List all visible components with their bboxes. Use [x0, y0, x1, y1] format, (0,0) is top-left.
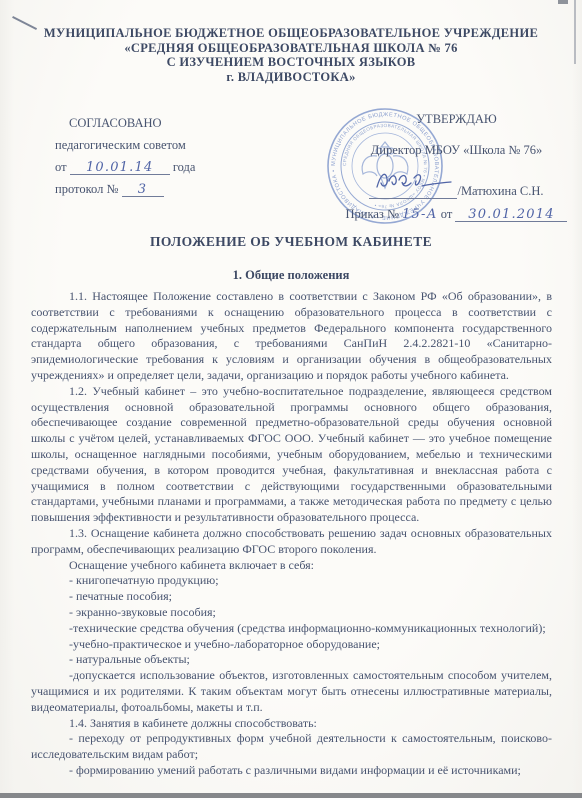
- paragraph-1-1: 1.1. Настоящее Положение составлено в со…: [31, 289, 552, 384]
- organization-name-line2: «СРЕДНЯЯ ОБЩЕОБРАЗОВАТЕЛЬНАЯ ШКОЛА № 76: [31, 41, 551, 56]
- director-signature: [371, 168, 455, 194]
- protocol-number-handwritten: 3: [138, 182, 147, 197]
- organization-header: МУНИЦИПАЛЬНОЕ БЮДЖЕТНОЕ ОБЩЕОБРАЗОВАТЕЛЬ…: [31, 26, 551, 84]
- equipment-intro-line: Оснащение учебного кабинета включает в с…: [31, 558, 552, 574]
- protocol-line: протокол № 3: [55, 182, 275, 197]
- director-line: Директор МБОУ «Школа № 76»: [339, 143, 574, 158]
- order-from-label: от: [441, 207, 453, 221]
- order-line: Приказ № 15-А от 30.01.2014: [339, 207, 574, 222]
- from-label: от: [55, 160, 67, 174]
- approved-title: УТВЕРЖДАЮ: [339, 112, 574, 127]
- agreed-date-line: от 10.01.14 года: [55, 160, 275, 175]
- stamp-ring-text: МУНИЦИПАЛЬНОЕ БЮДЖЕТНОЕ ОБЩЕОБРАЗОВАТЕЛЬ…: [331, 112, 439, 220]
- protocol-label: протокол №: [55, 182, 118, 196]
- agreed-title: СОГЛАСОВАНО: [55, 116, 275, 131]
- paragraph-1-4: 1.4. Занятия в кабинете должны способств…: [31, 716, 552, 732]
- approved-block: МУНИЦИПАЛЬНОЕ БЮДЖЕТНОЕ ОБЩЕОБРАЗОВАТЕЛЬ…: [339, 112, 574, 228]
- document-title: ПОЛОЖЕНИЕ ОБ УЧЕБНОМ КАБИНЕТЕ: [31, 234, 551, 250]
- equipment-item-books: - книгопечатную продукцию;: [31, 573, 552, 589]
- equipment-item-technical: -технические средства обучения (средства…: [31, 621, 552, 637]
- order-number-handwritten: 15-А: [402, 207, 438, 222]
- section-1-heading: 1. Общие положения: [31, 268, 551, 283]
- order-date-handwritten: 30.01.2014: [468, 207, 554, 222]
- organization-name-line1: МУНИЦИПАЛЬНОЕ БЮДЖЕТНОЕ ОБЩЕОБРАЗОВАТЕЛЬ…: [31, 26, 551, 41]
- paragraph-1-2: 1.2. Учебный кабинет – это учебно-воспит…: [31, 384, 552, 526]
- svg-text:МУНИЦИПАЛЬНОЕ БЮДЖЕТНОЕ ОБЩЕОБ: МУНИЦИПАЛЬНОЕ БЮДЖЕТНОЕ ОБЩЕОБРАЗОВАТЕЛЬ…: [331, 112, 439, 220]
- scan-artifact-right-line: [574, 0, 576, 64]
- document-body: 1.1. Настоящее Положение составлено в со…: [31, 289, 552, 779]
- signature-line: [369, 168, 457, 199]
- approval-section: СОГЛАСОВАНО педагогическим советом от 10…: [31, 112, 551, 224]
- goal-item-information: - формированию умений работать с различн…: [31, 763, 552, 779]
- signature-row: /Матюхина С.Н.: [339, 168, 574, 199]
- equipment-item-lab: -учебно-практическое и учебно-лабораторн…: [31, 637, 552, 653]
- paragraph-1-3: 1.3. Оснащение кабинета должно способств…: [31, 526, 552, 558]
- year-label: года: [173, 160, 196, 174]
- director-name: /Матюхина С.Н.: [457, 184, 543, 199]
- goal-item-research: - переходу от репродуктивных форм учебно…: [31, 731, 552, 763]
- agreed-by-line: педагогическим советом: [55, 138, 275, 153]
- equipment-item-audiovisual: - экранно-звуковые пособия;: [31, 605, 552, 621]
- scan-artifact-top-mark: [558, 0, 568, 4]
- equipment-item-selfmade: -допускается использование объектов, изг…: [31, 668, 552, 715]
- agreed-date-handwritten: 10.01.14: [86, 160, 154, 175]
- scanned-document-page: МУНИЦИПАЛЬНОЕ БЮДЖЕТНОЕ ОБЩЕОБРАЗОВАТЕЛЬ…: [0, 0, 582, 800]
- equipment-item-natural: - натуральные объекты;: [31, 652, 552, 668]
- agreed-block: СОГЛАСОВАНО педагогическим советом от 10…: [55, 116, 275, 204]
- organization-name-line3: С ИЗУЧЕНИЕМ ВОСТОЧНЫХ ЯЗЫКОВ: [31, 55, 551, 70]
- equipment-item-printed: - печатные пособия;: [31, 589, 552, 605]
- organization-name-line4: г. ВЛАДИВОСТОКА»: [31, 70, 551, 85]
- order-label: Приказ №: [346, 207, 399, 221]
